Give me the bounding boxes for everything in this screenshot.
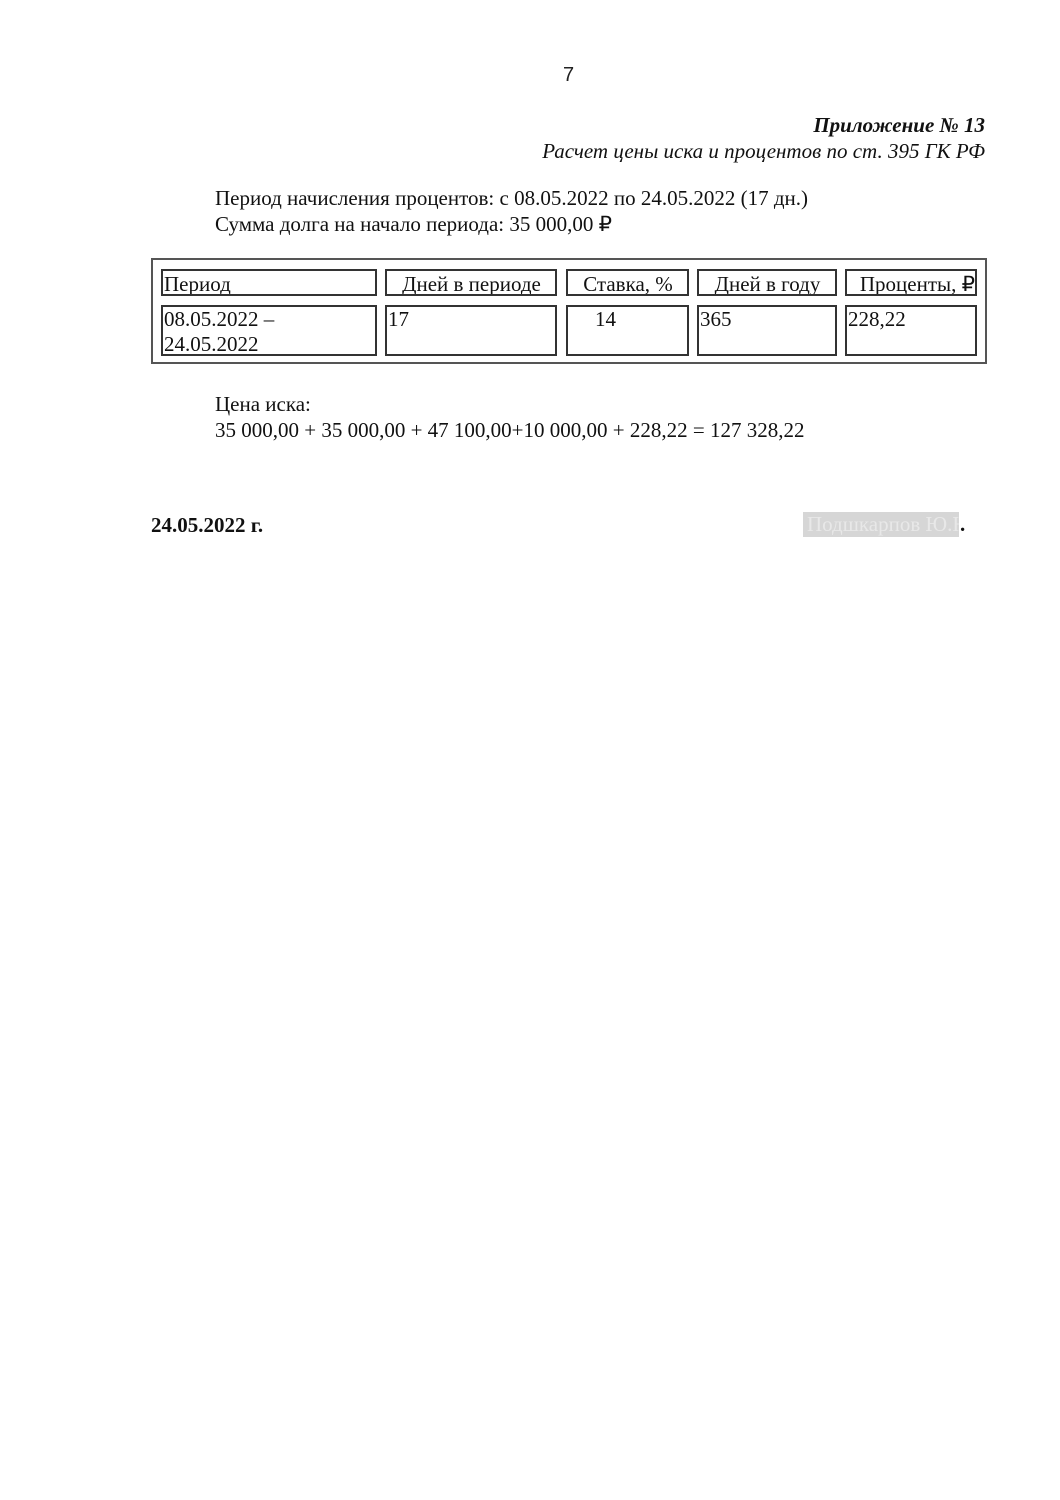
claim-price: Цена иска: 35 000,00 + 35 000,00 + 47 10… bbox=[215, 391, 804, 443]
claim-price-label: Цена иска: bbox=[215, 391, 804, 417]
redacted-signature-name: Подшкарпов Ю.Н bbox=[803, 512, 959, 537]
cell-period: 08.05.2022 – 24.05.2022 bbox=[161, 305, 377, 356]
page-number: 7 bbox=[0, 64, 1060, 87]
cell-days-in-year: 365 bbox=[697, 305, 837, 356]
appendix-header: Приложение № 13 Расчет цены иска и проце… bbox=[542, 112, 985, 164]
document-date: 24.05.2022 г. bbox=[151, 513, 263, 538]
claim-price-formula: 35 000,00 + 35 000,00 + 47 100,00+10 000… bbox=[215, 417, 804, 443]
appendix-title: Приложение № 13 bbox=[542, 112, 985, 138]
debt-amount-line: Сумма долга на начало периода: 35 000,00… bbox=[215, 211, 808, 237]
period-end: 24.05.2022 bbox=[164, 332, 375, 356]
signature-period: . bbox=[960, 512, 965, 537]
period-start: 08.05.2022 – bbox=[164, 307, 375, 332]
header-rate: Ставка, % bbox=[566, 269, 689, 296]
header-days-in-period: Дней в периоде bbox=[385, 269, 557, 296]
cell-interest: 228,22 bbox=[845, 305, 977, 356]
accrual-period-line: Период начисления процентов: с 08.05.202… bbox=[215, 185, 808, 211]
header-interest: Проценты, ₽ bbox=[845, 269, 977, 296]
cell-rate: 14 bbox=[566, 305, 689, 356]
cell-days-in-period: 17 bbox=[385, 305, 557, 356]
calculation-info: Период начисления процентов: с 08.05.202… bbox=[215, 185, 808, 237]
header-period: Период bbox=[161, 269, 377, 296]
appendix-subtitle: Расчет цены иска и процентов по ст. 395 … bbox=[542, 138, 985, 164]
header-days-in-year: Дней в году bbox=[697, 269, 837, 296]
signature: Подшкарпов Ю.Н . bbox=[803, 512, 965, 537]
interest-table: Период Дней в периоде Ставка, % Дней в г… bbox=[151, 258, 987, 364]
